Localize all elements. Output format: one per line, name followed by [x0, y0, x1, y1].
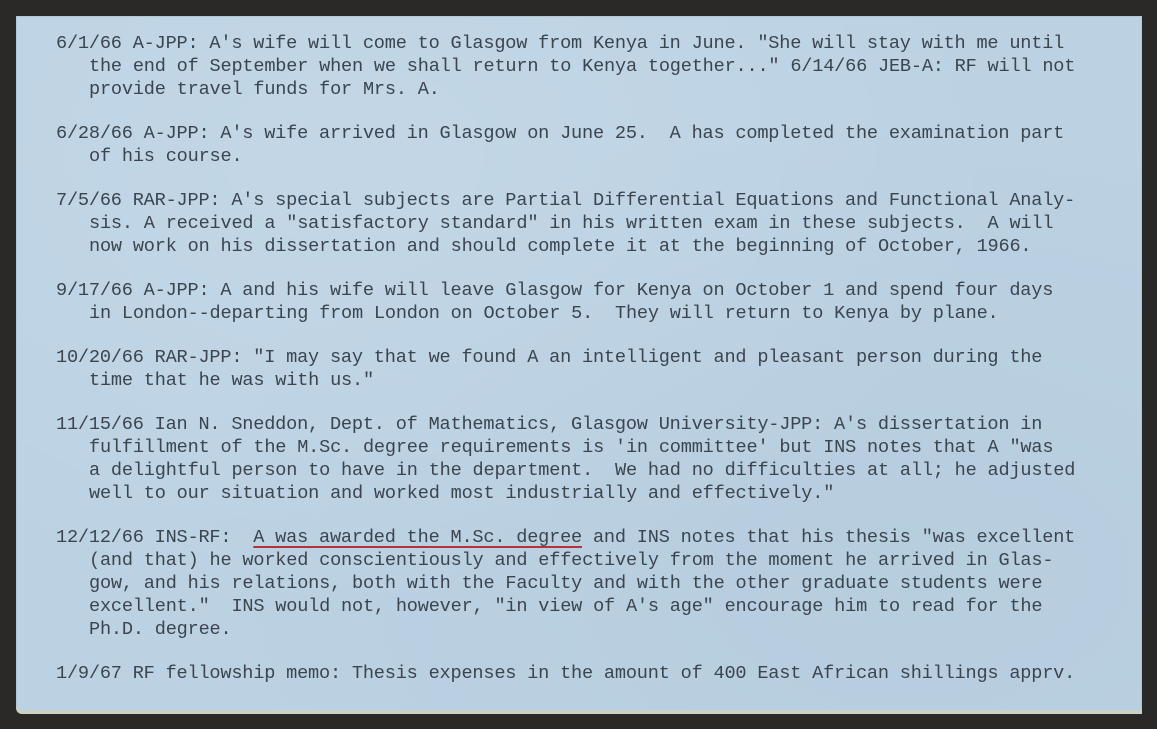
card-entries: 6/1/66 A-JPP: A's wife will come to Glas…	[56, 32, 1146, 685]
entry-line: well to our situation and worked most in…	[89, 482, 1146, 505]
entry-line: gow, and his relations, both with the Fa…	[89, 572, 1146, 595]
entry-line: (and that) he worked conscientiously and…	[89, 549, 1146, 572]
entry-line: 9/17/66 A-JPP: A and his wife will leave…	[89, 279, 1146, 302]
entry-line: a delightful person to have in the depar…	[89, 459, 1146, 482]
entry-line: excellent." INS would not, however, "in …	[89, 595, 1146, 618]
entry-line: 6/1/66 A-JPP: A's wife will come to Glas…	[89, 32, 1146, 55]
entry-prefix: 12/12/66 INS-RF:	[56, 527, 253, 548]
entry-line: the end of September when we shall retur…	[89, 55, 1146, 78]
entry-line: of his course.	[89, 145, 1146, 168]
entry-line: time that he was with us."	[89, 369, 1146, 392]
entry-line: 10/20/66 RAR-JPP: "I may say that we fou…	[89, 346, 1146, 369]
entry-line: 12/12/66 INS-RF: A was awarded the M.Sc.…	[89, 526, 1146, 549]
entry-line: fulfillment of the M.Sc. degree requirem…	[89, 436, 1146, 459]
entry-line: provide travel funds for Mrs. A.	[89, 78, 1146, 101]
entry-line: now work on his dissertation and should …	[89, 235, 1146, 258]
entry-1966-09-17: 9/17/66 A-JPP: A and his wife will leave…	[56, 279, 1146, 325]
entry-1967-01-09: 1/9/67 RF fellowship memo: Thesis expens…	[56, 662, 1146, 685]
entry-line: in London--departing from London on Octo…	[89, 302, 1146, 325]
entry-line: 11/15/66 Ian N. Sneddon, Dept. of Mathem…	[89, 413, 1146, 436]
entry-line: 7/5/66 RAR-JPP: A's special subjects are…	[89, 189, 1146, 212]
entry-1966-11-15: 11/15/66 Ian N. Sneddon, Dept. of Mathem…	[56, 413, 1146, 505]
entry-1966-10-20: 10/20/66 RAR-JPP: "I may say that we fou…	[56, 346, 1146, 392]
entry-line: Ph.D. degree.	[89, 618, 1146, 641]
entry-1966-12-12: 12/12/66 INS-RF: A was awarded the M.Sc.…	[56, 526, 1146, 641]
entry-line: sis. A received a "satisfactory standard…	[89, 212, 1146, 235]
entry-suffix: and INS notes that his thesis "was excel…	[582, 527, 1075, 548]
entry-1966-06-28: 6/28/66 A-JPP: A's wife arrived in Glasg…	[56, 122, 1146, 168]
entry-line: 1/9/67 RF fellowship memo: Thesis expens…	[89, 662, 1146, 685]
underlined-degree-award: A was awarded the M.Sc. degree	[253, 527, 582, 548]
entry-1966-06-01: 6/1/66 A-JPP: A's wife will come to Glas…	[56, 32, 1146, 101]
entry-1966-07-05: 7/5/66 RAR-JPP: A's special subjects are…	[56, 189, 1146, 258]
index-card: 6/1/66 A-JPP: A's wife will come to Glas…	[16, 16, 1142, 714]
entry-line: 6/28/66 A-JPP: A's wife arrived in Glasg…	[89, 122, 1146, 145]
